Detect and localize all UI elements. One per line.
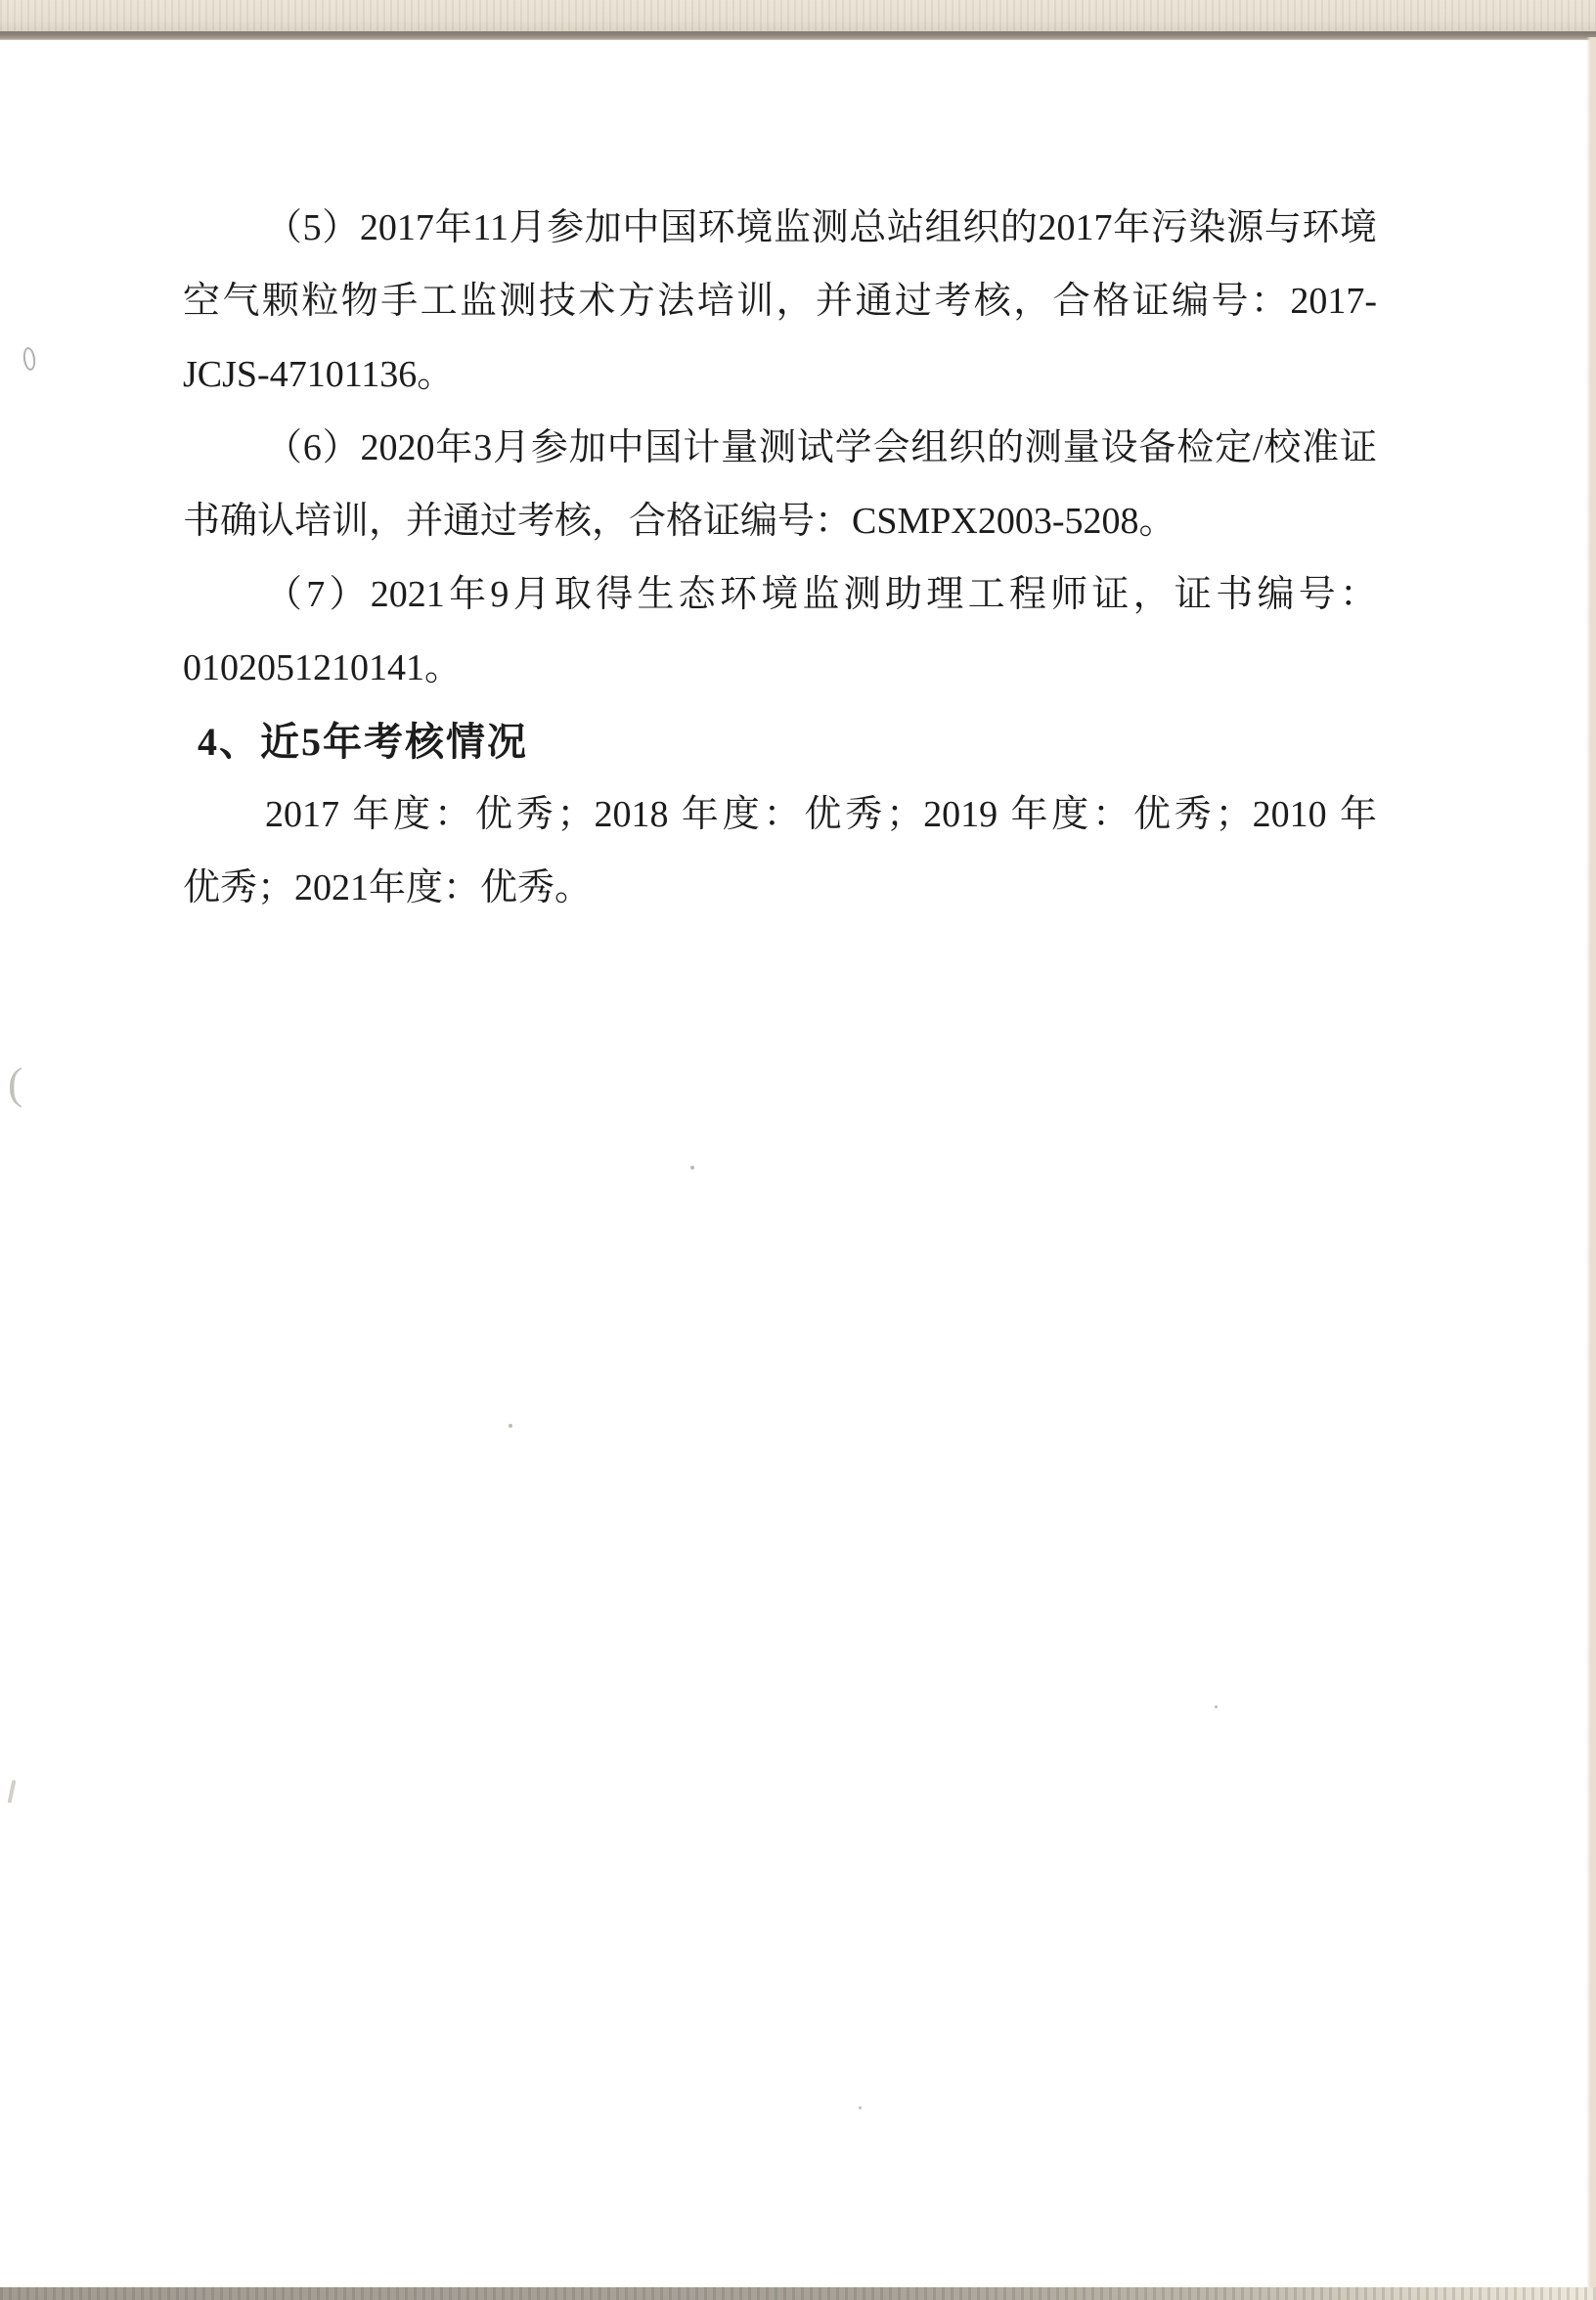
- scan-bottom-edge-band: [0, 2287, 1596, 2300]
- scan-smudge-curve: [8, 1780, 17, 1803]
- section-heading-assessment: 4、近5年考核情况: [183, 705, 1377, 778]
- paragraph-review-line-1: 2017 年度：优秀；2018 年度：优秀；2019 年度：优秀；2010 年度…: [183, 778, 1377, 852]
- scan-speck: [690, 1166, 694, 1170]
- scan-right-edge-strip: [1586, 37, 1596, 2300]
- paragraph-7-line-2: 0102051210141。: [183, 632, 1377, 705]
- scan-speck: [1215, 1705, 1218, 1708]
- paragraph-5-line-2: 空气颗粒物手工监测技术方法培训，并通过考核，合格证编号：2017-: [183, 265, 1377, 338]
- document-content: （5）2017年11月参加中国环境监测总站组织的2017年污染源与环境 空气颗粒…: [183, 192, 1377, 925]
- paragraph-review-line-2: 优秀；2021年度：优秀。: [183, 852, 1377, 925]
- scan-top-edge-band: [0, 0, 1596, 31]
- paragraph-6-line-2: 书确认培训，并通过考核，合格证编号：CSMPX2003-5208。: [183, 485, 1377, 558]
- paragraph-5-line-1: （5）2017年11月参加中国环境监测总站组织的2017年污染源与环境: [183, 192, 1377, 265]
- scan-smudge-oval: [22, 346, 36, 371]
- paragraph-5-line-3: JCJS-47101136。: [183, 338, 1377, 412]
- scan-smudge-paren: (: [8, 1054, 22, 1113]
- scan-speck: [859, 2106, 862, 2109]
- scanned-document-page: （5）2017年11月参加中国环境监测总站组织的2017年污染源与环境 空气颗粒…: [0, 0, 1596, 2300]
- scan-top-edge-line: [0, 31, 1596, 40]
- paragraph-6-line-1: （6）2020年3月参加中国计量测试学会组织的测量设备检定/校准证: [183, 412, 1377, 485]
- scan-speck: [509, 1424, 512, 1428]
- paragraph-7-line-1: （7）2021年9月取得生态环境监测助理工程师证，证书编号：: [183, 558, 1377, 632]
